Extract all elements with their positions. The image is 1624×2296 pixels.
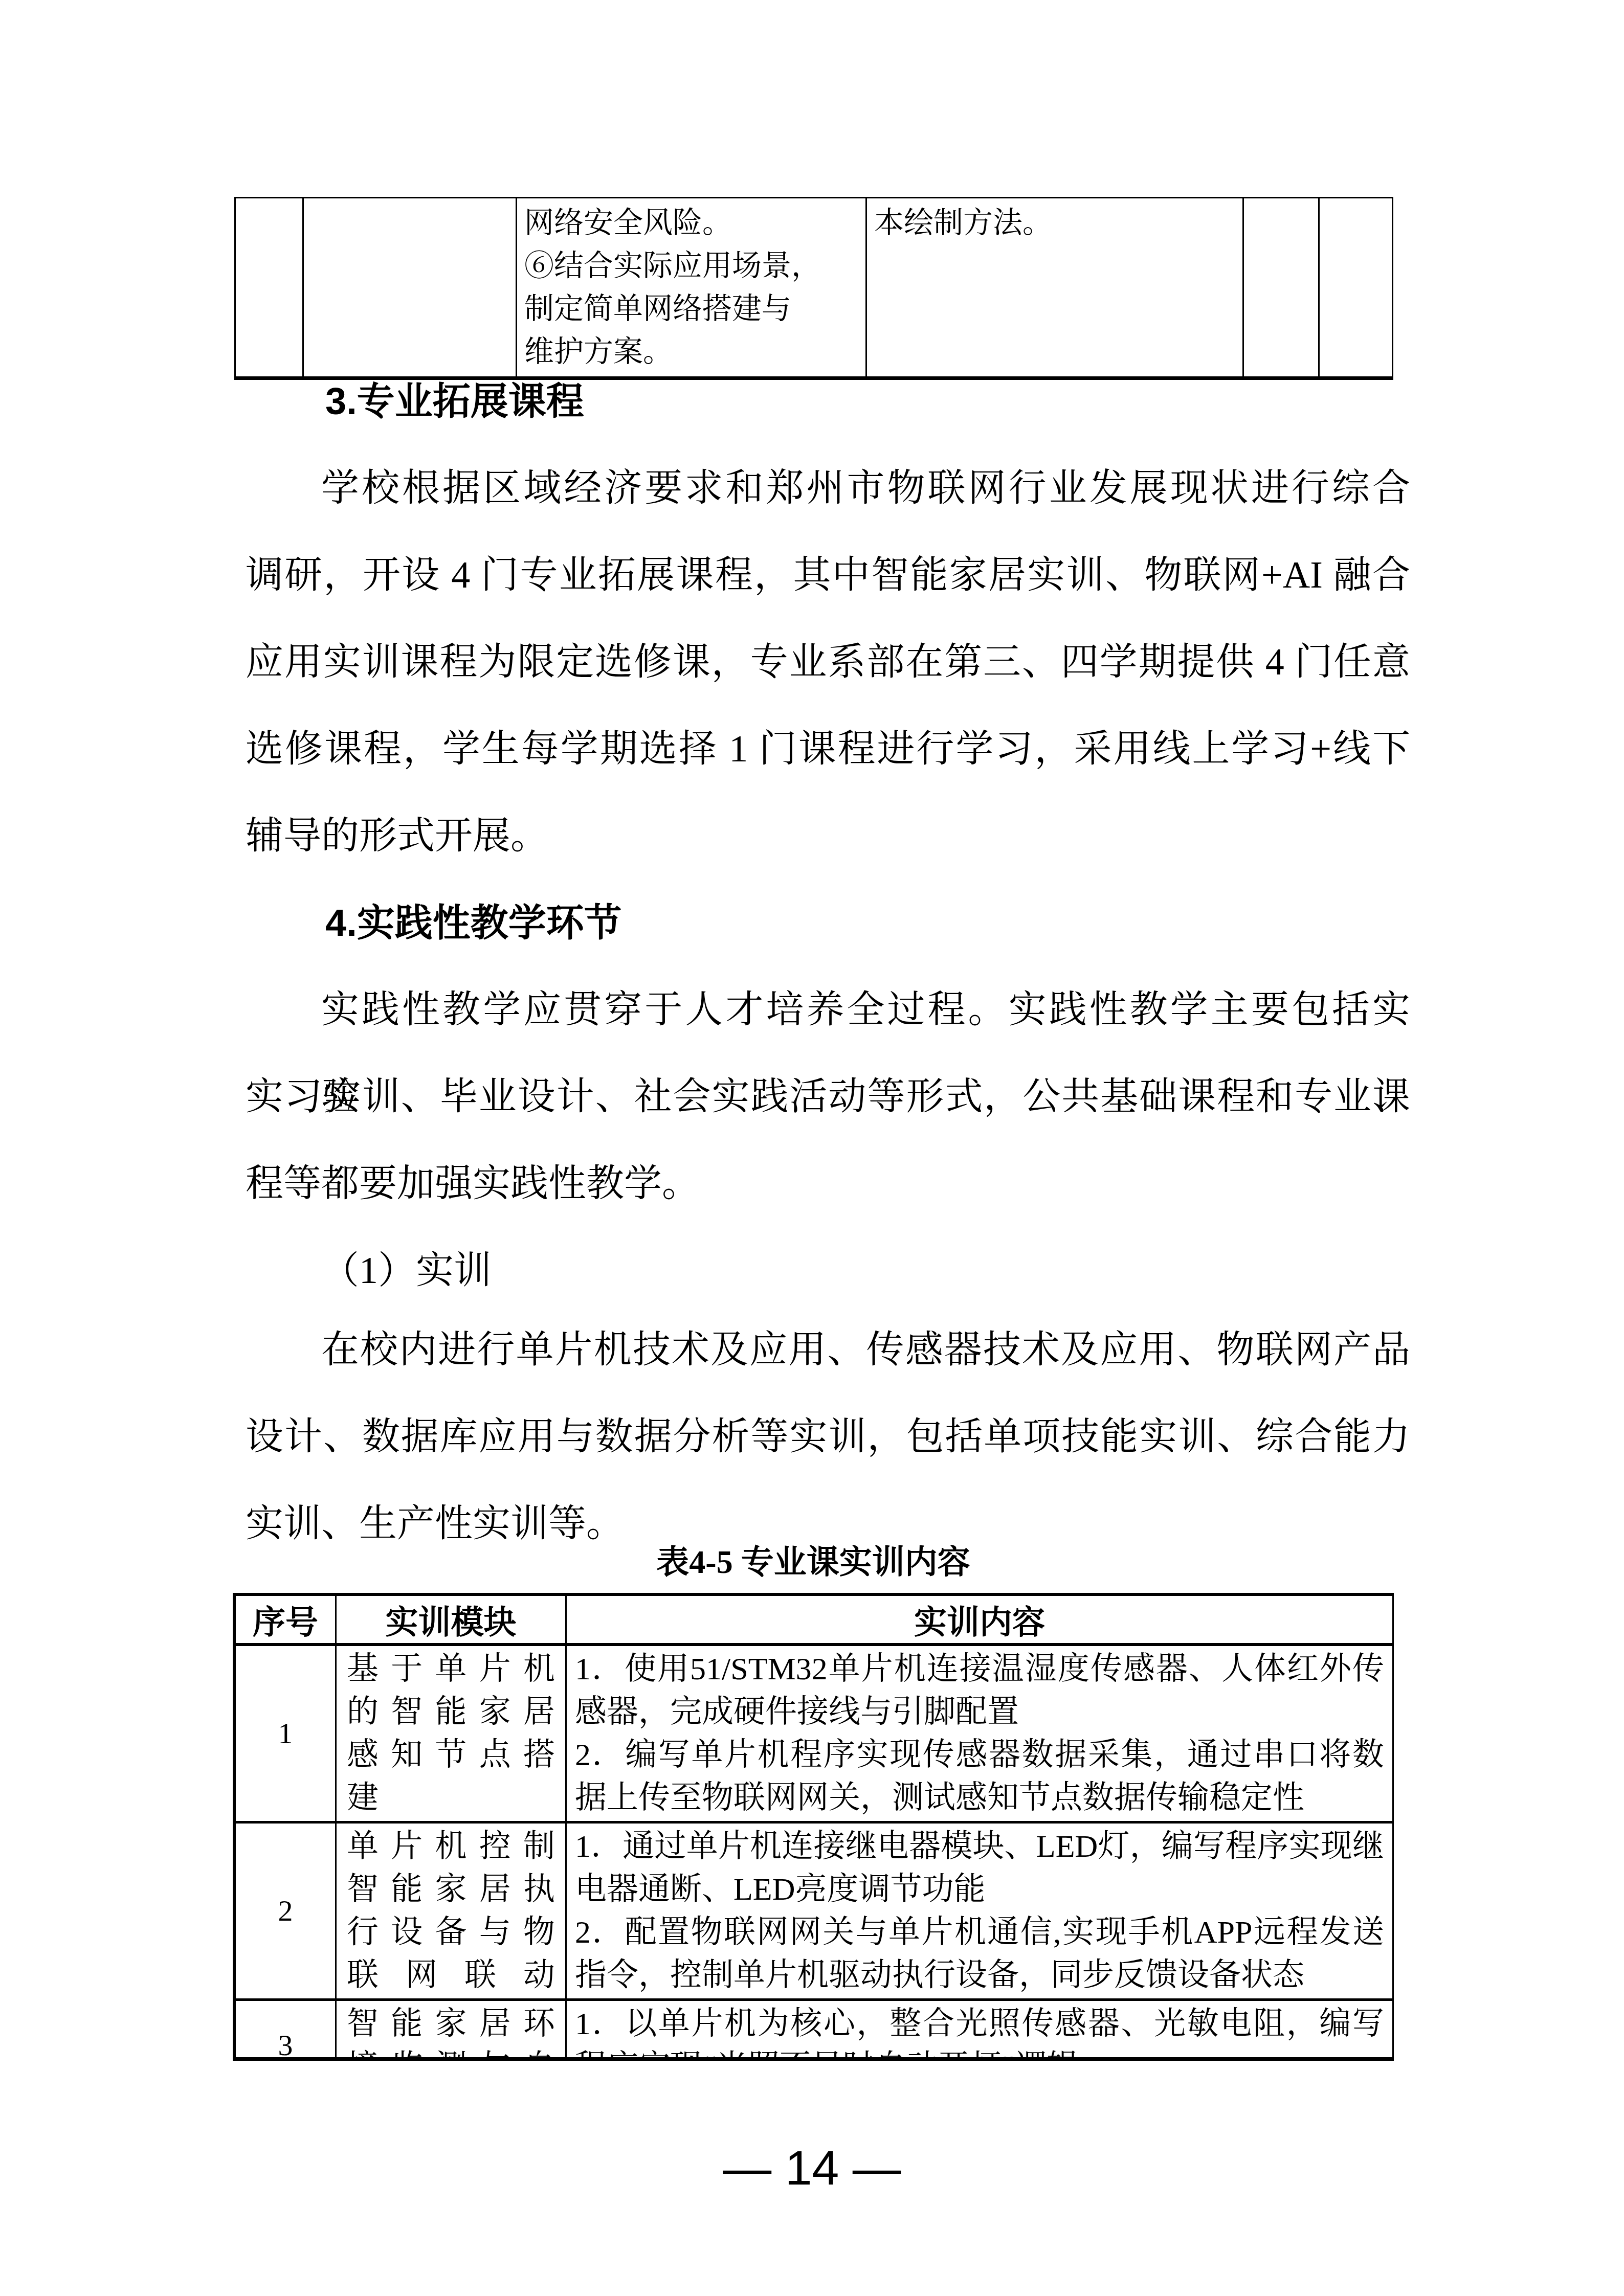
module-cell: 单片机控制 智能家居执 行设备与物 联网联动 — [336, 1822, 566, 2000]
module-line: 智能家居执 — [347, 1868, 555, 1911]
training-table: 序号 实训模块 实训内容 1 基于单片机 的智能家居 感知节点搭 建 1．使用5… — [233, 1593, 1394, 2061]
table-header-row: 序号 实训模块 实训内容 — [235, 1595, 1393, 1645]
content-line: 1．通过单片机连接继电器模块、LED灯，编写程序实现继 — [575, 1825, 1384, 1868]
continued-cell-empty-3 — [1243, 198, 1319, 377]
content-line: 2．编写单片机程序实现传感器数据采集，通过串口将数 — [575, 1734, 1384, 1776]
continued-cell-method: 本绘制方法。 — [866, 198, 1243, 377]
module-line: 联网联动 — [347, 1954, 555, 1997]
table-row: 网络安全风险。 ⑥结合实际应用场景， 制定简单网络搭建与 维护方案。 本绘制方法… — [235, 198, 1393, 377]
content-line: 据上传至物联网网关，测试感知节点数据传输稳定性 — [575, 1776, 1384, 1819]
paragraph-line: 在校内进行单片机技术及应用、传感器技术及应用、物联网产品 — [246, 1307, 1410, 1393]
content-cell: 1．使用51/STM32单片机连接温湿度传感器、人体红外传 感器，完成硬件接线与… — [566, 1645, 1393, 1822]
module-line: 基于单片机 — [347, 1648, 555, 1691]
paragraph-line: 选修课程，学生每学期选择 1 门课程进行学习，采用线上学习+线下 — [246, 706, 1410, 793]
sub-item-label: （1）实训 — [246, 1227, 1410, 1314]
continued-cell-objectives: 网络安全风险。 ⑥结合实际应用场景， 制定简单网络搭建与 维护方案。 — [517, 198, 866, 377]
section-heading-4: 4.实践性教学环节 — [325, 880, 622, 966]
module-line: 建 — [347, 1776, 555, 1819]
content-line: 1．使用51/STM32单片机连接温湿度传感器、人体红外传 — [575, 1648, 1384, 1691]
document-page: 网络安全风险。 ⑥结合实际应用场景， 制定简单网络搭建与 维护方案。 本绘制方法… — [0, 0, 1624, 2296]
row-number: 2 — [235, 1822, 336, 2000]
paragraph-1: 学校根据区域经济要求和郑州市物联网行业发展现状进行综合 调研，开设 4 门专业拓… — [246, 445, 1410, 880]
table-title: 表4-5 专业课实训内容 — [233, 1534, 1394, 1590]
row-number: 1 — [235, 1645, 336, 1822]
module-cell: 智能家居环 境监测与自 — [336, 2000, 566, 2061]
header-cell-module: 实训模块 — [336, 1595, 566, 1645]
paragraph-line: 调研，开设 4 门专业拓展课程，其中智能家居实训、物联网+AI 融合 — [246, 532, 1410, 619]
table-row: 2 单片机控制 智能家居执 行设备与物 联网联动 1．通过单片机连接继电器模块、… — [235, 1822, 1393, 2000]
paragraph-line: 应用实训课程为限定选修课，专业系部在第三、四学期提供 4 门任意 — [246, 619, 1410, 706]
paragraph-2: 实践性教学应贯穿于人才培养全过程。实践性教学主要包括实验、 实习实训、毕业设计、… — [246, 966, 1410, 1227]
cell-line: 制定简单网络搭建与 — [524, 287, 858, 330]
paragraph-line: 实践性教学应贯穿于人才培养全过程。实践性教学主要包括实验、 — [246, 966, 1410, 1053]
paragraph-line: 实习实训、毕业设计、社会实践活动等形式，公共基础课程和专业课 — [246, 1053, 1410, 1140]
module-line: 智能家居环 — [347, 2002, 555, 2045]
row-number: 3 — [235, 2000, 336, 2061]
cell-line: ⑥结合实际应用场景， — [524, 244, 858, 287]
module-line: 境监测与自 — [347, 2045, 555, 2061]
cell-line: 网络安全风险。 — [524, 201, 858, 244]
continued-cell-empty-1 — [235, 198, 303, 377]
page-number: — 14 — — [0, 2140, 1624, 2196]
paragraph-line: 辅导的形式开展。 — [246, 793, 1410, 880]
paragraph-3: 在校内进行单片机技术及应用、传感器技术及应用、物联网产品 设计、数据库应用与数据… — [246, 1307, 1410, 1567]
sub-item-1: （1）实训 — [246, 1227, 1410, 1314]
continued-cell-empty-2 — [303, 198, 517, 377]
section-heading-3: 3.专业拓展课程 — [325, 358, 584, 445]
module-cell: 基于单片机 的智能家居 感知节点搭 建 — [336, 1645, 566, 1822]
table-row: 3 智能家居环 境监测与自 1．以单片机为核心，整合光照传感器、光敏电阻，编写 … — [235, 2000, 1393, 2061]
content-line: 指令，控制单片机驱动执行设备，同步反馈设备状态 — [575, 1954, 1384, 1997]
paragraph-line: 设计、数据库应用与数据分析等实训，包括单项技能实训、综合能力 — [246, 1393, 1410, 1480]
continued-cell-empty-4 — [1319, 198, 1393, 377]
content-line: 2．配置物联网网关与单片机通信,实现手机APP远程发送 — [575, 1911, 1384, 1954]
table-row: 1 基于单片机 的智能家居 感知节点搭 建 1．使用51/STM32单片机连接温… — [235, 1645, 1393, 1822]
module-line: 感知节点搭 — [347, 1734, 555, 1776]
content-line: 电器通断、LED亮度调节功能 — [575, 1868, 1384, 1911]
content-line: 程序实现“光照不足时自动开灯”逻辑 — [575, 2045, 1384, 2061]
module-line: 的智能家居 — [347, 1691, 555, 1734]
content-cell: 1．通过单片机连接继电器模块、LED灯，编写程序实现继 电器通断、LED亮度调节… — [566, 1822, 1393, 2000]
content-line: 感器，完成硬件接线与引脚配置 — [575, 1691, 1384, 1734]
module-line: 单片机控制 — [347, 1825, 555, 1868]
module-line: 行设备与物 — [347, 1911, 555, 1954]
paragraph-line: 程等都要加强实践性教学。 — [246, 1140, 1410, 1227]
content-cell: 1．以单片机为核心，整合光照传感器、光敏电阻，编写 程序实现“光照不足时自动开灯… — [566, 2000, 1393, 2061]
header-cell-content: 实训内容 — [566, 1595, 1393, 1645]
header-cell-no: 序号 — [235, 1595, 336, 1645]
paragraph-line: 学校根据区域经济要求和郑州市物联网行业发展现状进行综合 — [246, 445, 1410, 532]
continued-table: 网络安全风险。 ⑥结合实际应用场景， 制定简单网络搭建与 维护方案。 本绘制方法… — [234, 197, 1393, 380]
content-line: 1．以单片机为核心，整合光照传感器、光敏电阻，编写 — [575, 2002, 1384, 2045]
cell-line: 本绘制方法。 — [874, 201, 1235, 244]
